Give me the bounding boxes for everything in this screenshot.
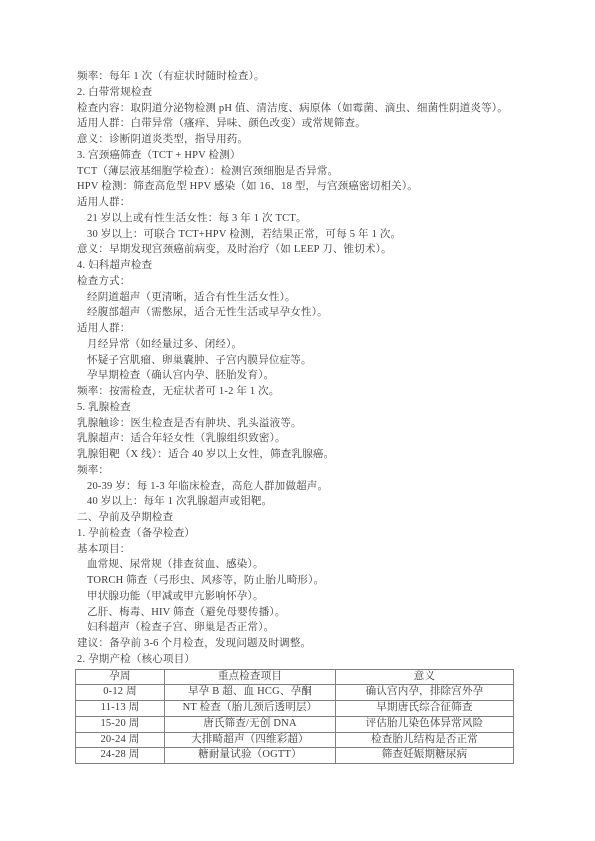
text-line: 月经异常（如经量过多、闭经）。 [77, 337, 519, 353]
table-cell: 11-13 周 [76, 701, 165, 717]
text-line: 二、孕前及孕期检查 [77, 510, 519, 526]
text-line: 检查内容：取阴道分泌物检测 pH 值、清洁度、病原体（如霉菌、滴虫、细菌性阴道炎… [77, 101, 519, 117]
table-header-cell: 孕周 [76, 669, 165, 685]
table-cell: 早期唐氏综合征筛查 [336, 701, 514, 717]
text-line: TORCH 筛查（弓形虫、风疹等，防止胎儿畸形）。 [77, 573, 519, 589]
text-line: 20-39 岁：每 1-3 年临床检查，高危人群加做超声。 [77, 479, 519, 495]
text-line: 孕早期检查（确认宫内孕、胚胎发育）。 [77, 368, 519, 384]
table-cell: 0-12 周 [76, 685, 165, 701]
table-cell: NT 检查（胎儿颈后透明层） [165, 701, 336, 717]
table-header-row: 孕周重点检查项目意义 [76, 669, 514, 685]
text-line: 1. 孕前检查（备孕检查） [77, 526, 519, 542]
table-row: 15-20 周唐氏筛查/无创 DNA评估胎儿染色体异常风险 [76, 716, 514, 732]
table-cell: 确认宫内孕，排除宫外孕 [336, 685, 514, 701]
table-cell: 评估胎儿染色体异常风险 [336, 716, 514, 732]
text-line: 频率：每年 1 次（有症状时随时检查）。 [77, 69, 519, 85]
text-line: 乳腺钼靶（X 线）：适合 40 岁以上女性，筛查乳腺癌。 [77, 447, 519, 463]
table-row: 11-13 周NT 检查（胎儿颈后透明层）早期唐氏综合征筛查 [76, 701, 514, 717]
text-line: 建议：备孕前 3-6 个月检查，发现问题及时调整。 [77, 636, 519, 652]
text-line: 适用人群： [77, 195, 519, 211]
text-line: 21 岁以上或有性生活女性：每 3 年 1 次 TCT。 [77, 211, 519, 227]
text-line: 适用人群： [77, 321, 519, 337]
text-line: 意义：诊断阴道炎类型，指导用药。 [77, 132, 519, 148]
table-cell: 筛查妊娠期糖尿病 [336, 748, 514, 764]
text-line: HPV 检测：筛查高危型 HPV 感染（如 16、18 型，与宫颈癌密切相关）。 [77, 179, 519, 195]
text-line: 意义：早期发现宫颈癌前病变，及时治疗（如 LEEP 刀、锥切术）。 [77, 242, 519, 258]
text-line: 乳腺超声：适合年轻女性（乳腺组织致密）。 [77, 431, 519, 447]
table-cell: 糖耐量试验（OGTT） [165, 748, 336, 764]
table-cell: 早孕 B 超、血 HCG、孕酮 [165, 685, 336, 701]
table-cell: 检查胎儿结构是否正常 [336, 732, 514, 748]
text-line: 基本项目： [77, 542, 519, 558]
table-cell: 15-20 周 [76, 716, 165, 732]
table-cell: 唐氏筛查/无创 DNA [165, 716, 336, 732]
text-line: 5. 乳腺检查 [77, 400, 519, 416]
table-row: 20-24 周大排畸超声（四维彩超）检查胎儿结构是否正常 [76, 732, 514, 748]
text-line: 适用人群：白带异常（瘙痒、异味、颜色改变）或常规筛查。 [77, 116, 519, 132]
table-body: 0-12 周早孕 B 超、血 HCG、孕酮确认宫内孕，排除宫外孕11-13 周N… [76, 685, 514, 764]
table-cell: 20-24 周 [76, 732, 165, 748]
prenatal-checkup-table: 孕周重点检查项目意义 0-12 周早孕 B 超、血 HCG、孕酮确认宫内孕，排除… [75, 669, 514, 765]
document-body: 频率：每年 1 次（有症状时随时检查）。2. 白带常规检查检查内容：取阴道分泌物… [77, 69, 519, 764]
text-line: 3. 宫颈癌筛查（TCT + HPV 检测） [77, 148, 519, 164]
text-line: 30 岁以上：可联合 TCT+HPV 检测，若结果正常，可每 5 年 1 次。 [77, 227, 519, 243]
text-line: TCT（薄层液基细胞学检查）：检测宫颈细胞是否异常。 [77, 164, 519, 180]
table-header-cell: 意义 [336, 669, 514, 685]
text-line: 频率：按需检查，无症状者可 1-2 年 1 次。 [77, 384, 519, 400]
text-lines: 频率：每年 1 次（有症状时随时检查）。2. 白带常规检查检查内容：取阴道分泌物… [77, 69, 519, 668]
text-line: 乙肝、梅毒、HIV 筛查（避免母婴传播）。 [77, 605, 519, 621]
text-line: 经阴道超声（更清晰，适合有性生活女性）。 [77, 290, 519, 306]
text-line: 40 岁以上：每年 1 次乳腺超声或钼靶。 [77, 494, 519, 510]
text-line: 频率： [77, 463, 519, 479]
table-cell: 大排畸超声（四维彩超） [165, 732, 336, 748]
table-row: 24-28 周糖耐量试验（OGTT）筛查妊娠期糖尿病 [76, 748, 514, 764]
text-line: 血常规、尿常规（排查贫血、感染）。 [77, 557, 519, 573]
table-header-cell: 重点检查项目 [165, 669, 336, 685]
text-line: 4. 妇科超声检查 [77, 258, 519, 274]
text-line: 检查方式： [77, 274, 519, 290]
text-line: 怀疑子宫肌瘤、卵巢囊肿、子宫内膜异位症等。 [77, 353, 519, 369]
text-line: 2. 孕期产检（核心项目） [77, 652, 519, 668]
text-line: 甲状腺功能（甲减或甲亢影响怀孕）。 [77, 589, 519, 605]
text-line: 乳腺触诊：医生检查是否有肿块、乳头溢液等。 [77, 416, 519, 432]
table-row: 0-12 周早孕 B 超、血 HCG、孕酮确认宫内孕，排除宫外孕 [76, 685, 514, 701]
text-line: 妇科超声（检查子宫、卵巢是否正常）。 [77, 620, 519, 636]
table-cell: 24-28 周 [76, 748, 165, 764]
text-line: 经腹部超声（需憋尿，适合无性生活或早孕女性）。 [77, 305, 519, 321]
document-page: 频率：每年 1 次（有症状时随时检查）。2. 白带常规检查检查内容：取阴道分泌物… [0, 0, 595, 841]
text-line: 2. 白带常规检查 [77, 85, 519, 101]
